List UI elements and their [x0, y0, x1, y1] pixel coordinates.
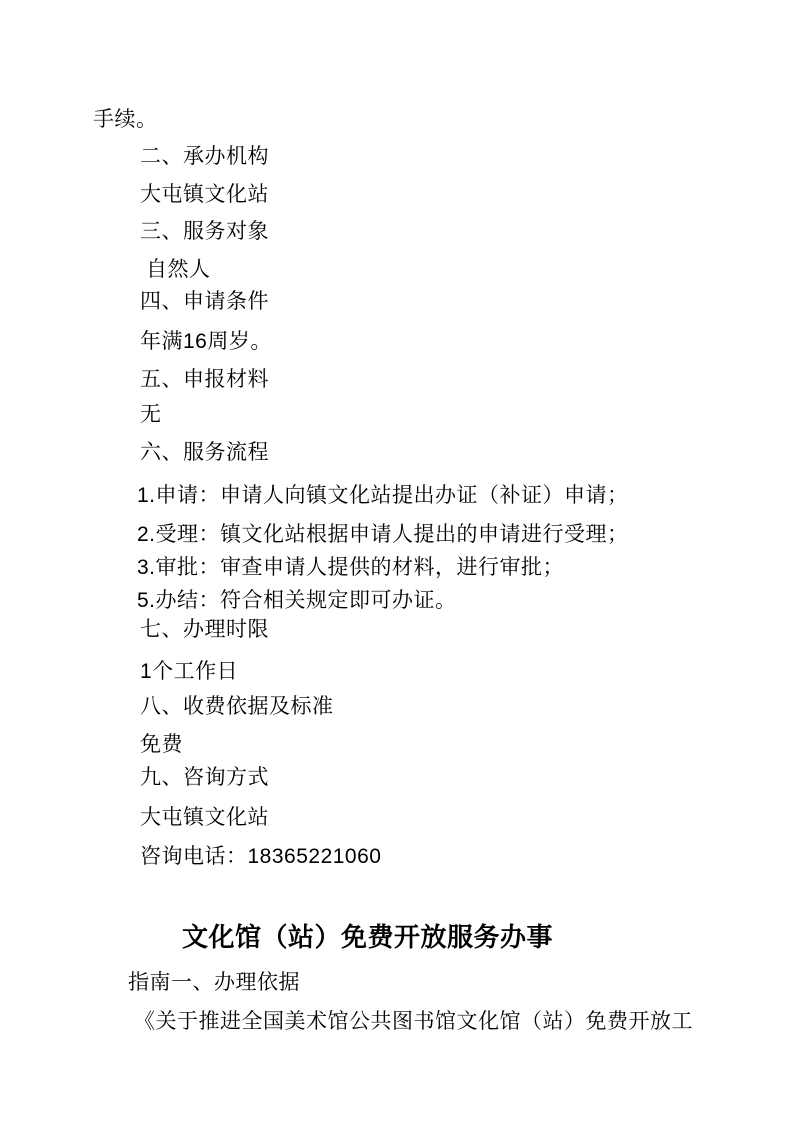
section-6-heading: 六、服务流程: [140, 441, 269, 465]
section-2-content-org: 大屯镇文化站: [140, 183, 269, 207]
section-8-content: 免费: [140, 733, 183, 757]
section-9-heading: 九、咨询方式: [140, 766, 269, 790]
continuation-text: 手续。: [93, 108, 158, 132]
guide-section-1-heading: 指南一、办理依据: [128, 971, 300, 995]
section-4-heading: 四、申请条件: [140, 290, 269, 314]
section-7-content: 1个工作日: [140, 660, 238, 684]
legal-basis-reference: 《关于推进全国美术馆公共图书馆文化馆（站）免费开放工: [134, 1010, 693, 1034]
document-page: 手续。 二、承办机构 大屯镇文化站 三、服务对象 自然人 四、申请条件 年满16…: [0, 0, 793, 1122]
section-9-content-phone: 咨询电话：18365221060: [140, 845, 381, 869]
section-5-heading: 五、申报材料: [140, 368, 269, 392]
section-9-content-org: 大屯镇文化站: [140, 806, 269, 830]
section-2-heading: 二、承办机构: [140, 145, 269, 169]
flow-step-1: 1.申请：申请人向镇文化站提出办证（补证）申请；: [137, 484, 629, 508]
section-8-heading: 八、收费依据及标准: [140, 695, 334, 719]
section-7-heading: 七、办理时限: [140, 618, 269, 642]
section-3-heading: 三、服务对象: [140, 220, 269, 244]
section-4-content: 年满16周岁。: [140, 330, 272, 354]
section-5-content: 无: [140, 403, 162, 427]
flow-step-2: 2.受理：镇文化站根据申请人提出的申请进行受理；: [137, 523, 629, 547]
flow-step-3: 3.审批：审查申请人提供的材料，进行审批；: [137, 556, 564, 580]
section-3-content: 自然人: [146, 258, 211, 282]
document-title: 文化馆（站）免费开放服务办事: [182, 923, 553, 953]
flow-step-5: 5.办结：符合相关规定即可办证。: [137, 589, 457, 613]
